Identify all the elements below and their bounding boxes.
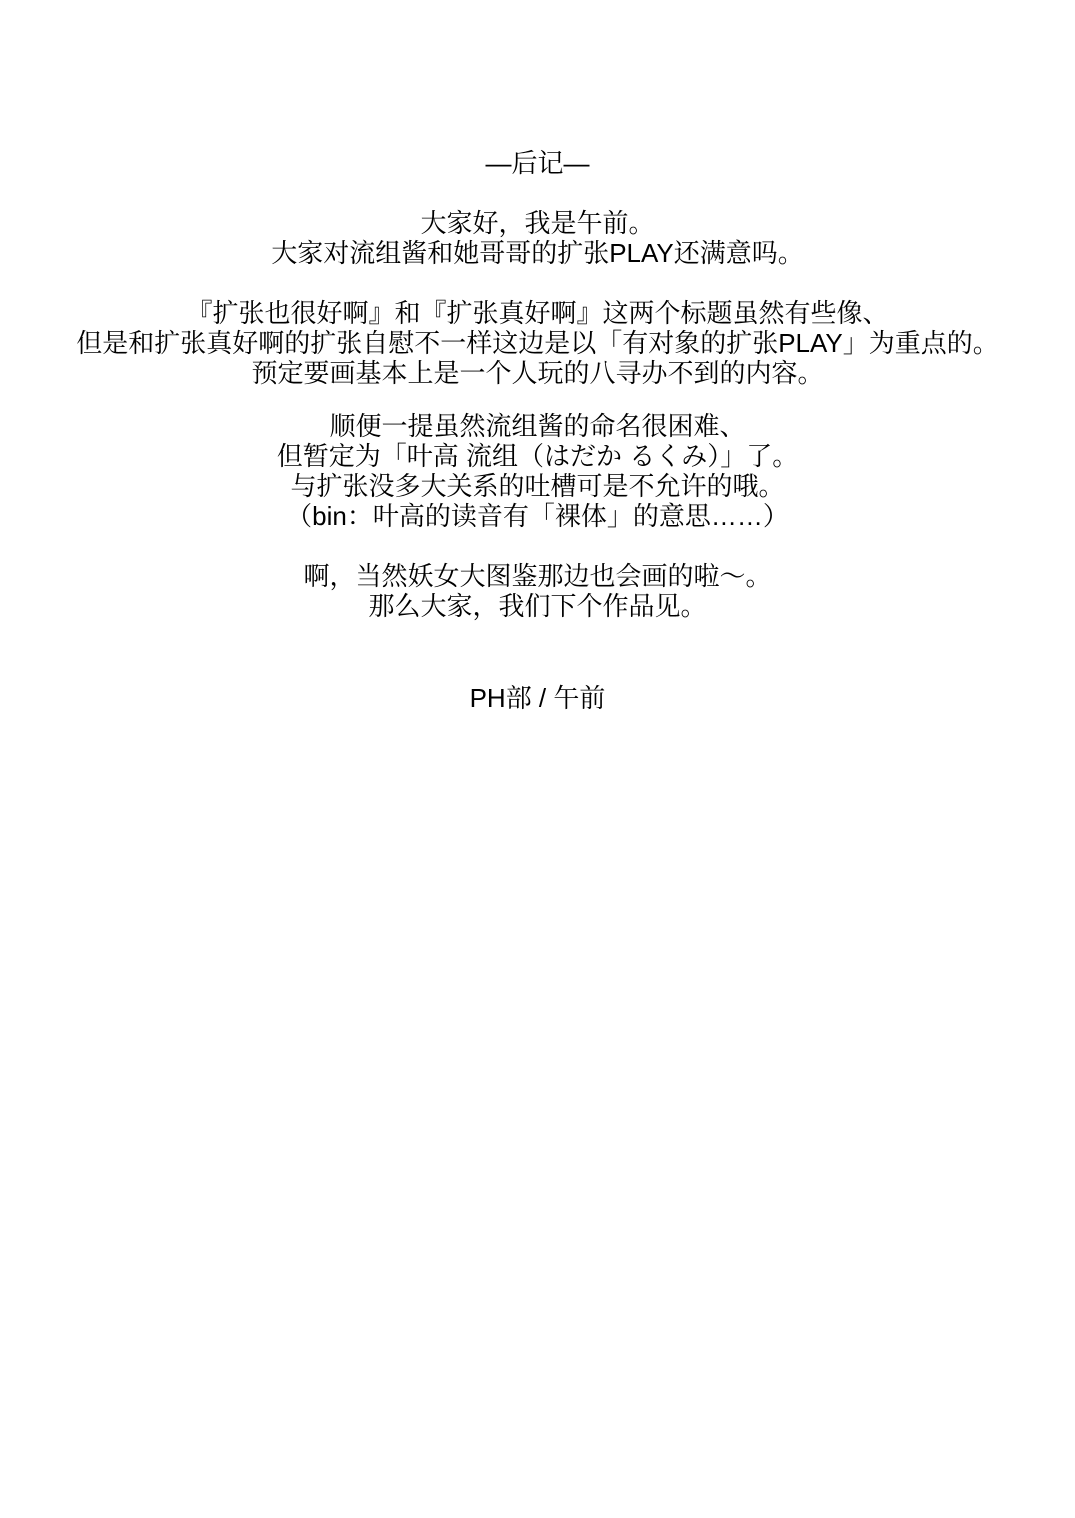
text-line: 大家好，我是午前。 xyxy=(0,208,1075,238)
paragraph-title-comparison: 『扩张也很好啊』和『扩张真好啊』这两个标题虽然有些像、 但是和扩张真好啊的扩张自… xyxy=(0,298,1075,388)
text-line: 『扩张也很好啊』和『扩张真好啊』这两个标题虽然有些像、 xyxy=(0,298,1075,328)
text-line: （bin：叶高的读音有「裸体」的意思……） xyxy=(0,501,1075,531)
text-line: 大家对流组酱和她哥哥的扩张PLAY还满意吗。 xyxy=(0,238,1075,268)
text-line: 但暂定为「叶高 流组（はだか るくみ）」了。 xyxy=(0,441,1075,471)
paragraph-character-naming: 顺便一提虽然流组酱的命名很困难、 但暂定为「叶高 流组（はだか るくみ）」了。 … xyxy=(0,411,1075,531)
text-line: 与扩张没多大关系的吐槽可是不允许的哦。 xyxy=(0,471,1075,501)
text-line: 啊，当然妖女大图鉴那边也会画的啦～。 xyxy=(0,561,1075,591)
paragraph-greeting: 大家好，我是午前。 大家对流组酱和她哥哥的扩张PLAY还满意吗。 xyxy=(0,208,1075,268)
signature: PH部 / 午前 xyxy=(0,683,1075,713)
text-line: 预定要画基本上是一个人玩的八寻办不到的内容。 xyxy=(0,358,1075,388)
paragraph-closing: 啊，当然妖女大图鉴那边也会画的啦～。 那么大家，我们下个作品见。 xyxy=(0,561,1075,621)
text-line: 顺便一提虽然流组酱的命名很困难、 xyxy=(0,411,1075,441)
afterword-title: —后记— xyxy=(0,148,1075,178)
text-line: 那么大家，我们下个作品见。 xyxy=(0,591,1075,621)
text-line: 但是和扩张真好啊的扩张自慰不一样这边是以「有对象的扩张PLAY」为重点的。 xyxy=(0,328,1075,358)
afterword-page: —后记— 大家好，我是午前。 大家对流组酱和她哥哥的扩张PLAY还满意吗。 『扩… xyxy=(0,0,1075,1518)
